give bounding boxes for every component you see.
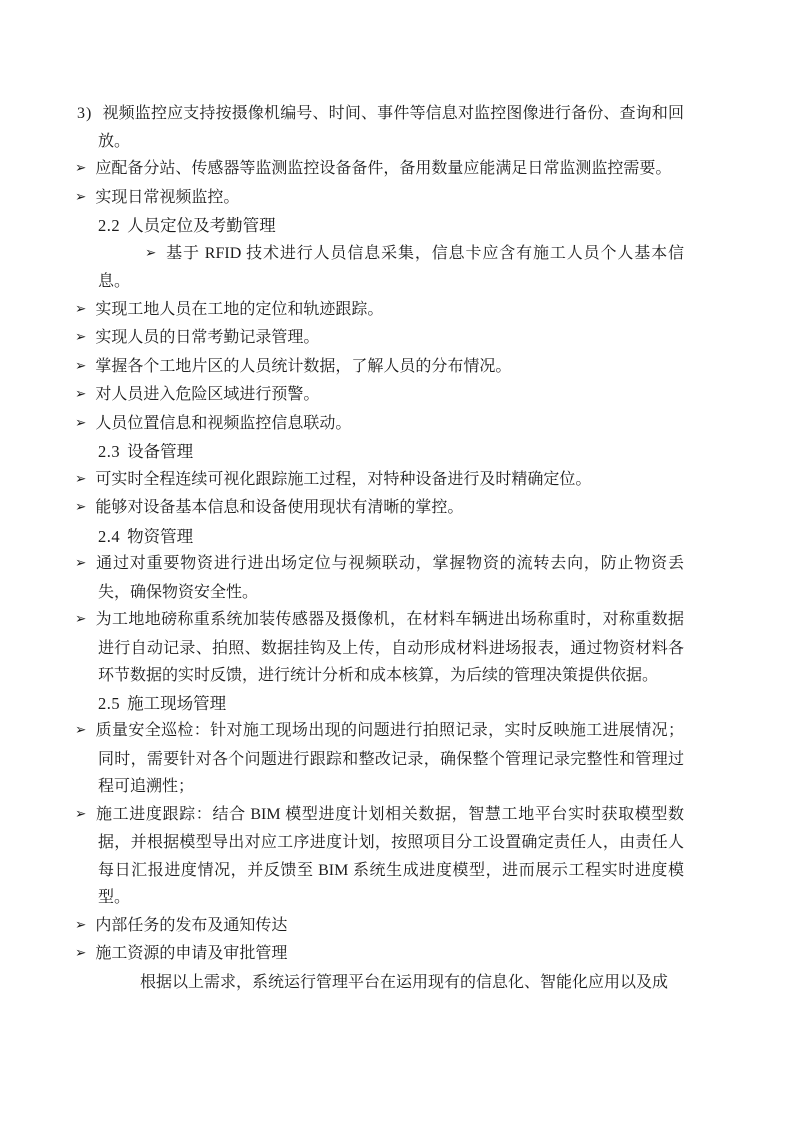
section-title: 人员定位及考勤管理	[127, 216, 276, 235]
bullet-item: ➢质量安全巡检：针对施工现场出现的问题进行拍照记录，实时反映施工进展情况；同时，…	[98, 717, 684, 801]
section-heading-2-4: 2.4物资管理	[98, 523, 684, 551]
arrow-bullet-icon: ➢	[75, 917, 86, 933]
arrow-bullet-icon: ➢	[75, 160, 86, 176]
arrow-bullet-icon: ➢	[75, 415, 86, 431]
item-text: 应配备分站、传感器等监测监控设备备件，备用数量应能满足日常监测监控需要。	[95, 160, 671, 177]
paragraph-text: 根据以上需求，系统运行管理平台在运用现有的信息化、智能化应用以及成	[140, 974, 668, 991]
item-text: 内部任务的发布及通知传达	[95, 917, 287, 934]
bullet-item: ➢为工地地磅称重系统加装传感器及摄像机，在材料车辆进出场称重时，对称重数据进行自…	[98, 606, 684, 690]
bullet-item: ➢施工资源的申请及审批管理	[98, 940, 684, 969]
arrow-bullet-icon: ➢	[75, 555, 86, 571]
section-title: 物资管理	[127, 527, 193, 546]
arrow-bullet-icon: ➢	[75, 471, 86, 487]
item-text: 视频监控应支持按摄像机编号、时间、事件等信息对监控图像进行备份、查询和回放。	[98, 105, 684, 150]
bullet-item: ➢实现工地人员在工地的定位和轨迹跟踪。	[98, 296, 684, 325]
arrow-bullet-icon: ➢	[75, 358, 86, 374]
item-text: 人员位置信息和视频监控信息联动。	[95, 415, 351, 432]
item-text: 掌握各个工地片区的人员统计数据，了解人员的分布情况。	[95, 358, 511, 375]
section-heading-2-5: 2.5施工现场管理	[98, 690, 684, 718]
arrow-bullet-icon: ➢	[75, 386, 86, 402]
bullet-item: ➢通过对重要物资进行进出场定位与视频联动，掌握物资的流转去向，防止物资丢失，确保…	[98, 550, 684, 606]
arrow-bullet-icon: ➢	[75, 945, 86, 961]
numbered-marker: 3)	[77, 105, 92, 122]
document-content: 3)视频监控应支持按摄像机编号、时间、事件等信息对监控图像进行备份、查询和回放。…	[0, 0, 793, 996]
arrow-bullet-icon: ➢	[75, 611, 86, 627]
bullet-item: ➢能够对设备基本信息和设备使用现状有清晰的掌控。	[98, 494, 684, 523]
item-text: 为工地地磅称重系统加装传感器及摄像机，在材料车辆进出场称重时，对称重数据进行自动…	[95, 611, 684, 684]
arrow-bullet-icon: ➢	[75, 329, 86, 345]
arrow-bullet-icon: ➢	[75, 189, 86, 205]
bullet-item: ➢内部任务的发布及通知传达	[98, 912, 684, 941]
numbered-item: 3)视频监控应支持按摄像机编号、时间、事件等信息对监控图像进行备份、查询和回放。	[98, 100, 684, 155]
item-text: 施工资源的申请及审批管理	[95, 945, 287, 962]
bullet-item: ➢掌握各个工地片区的人员统计数据，了解人员的分布情况。	[98, 353, 684, 382]
item-text: 实现日常视频监控。	[95, 189, 239, 206]
item-text: 施工进度跟踪：结合 BIM 模型进度计划相关数据，智慧工地平台实时获取模型数据，…	[95, 806, 684, 907]
bullet-item: ➢基于 RFID 技术进行人员信息采集，信息卡应含有施工人员个人基本信息。	[98, 240, 684, 296]
section-heading-2-3: 2.3设备管理	[98, 438, 684, 466]
arrow-bullet-icon: ➢	[75, 722, 86, 738]
section-heading-2-2: 2.2人员定位及考勤管理	[98, 212, 684, 240]
bullet-item: ➢可实时全程连续可视化跟踪施工过程，对特种设备进行及时精确定位。	[98, 466, 684, 495]
document-page: 3)视频监控应支持按摄像机编号、时间、事件等信息对监控图像进行备份、查询和回放。…	[0, 0, 793, 1122]
arrow-bullet-icon: ➢	[75, 806, 86, 822]
item-text: 基于 RFID 技术进行人员信息采集，信息卡应含有施工人员个人基本信息。	[98, 245, 684, 291]
item-text: 通过对重要物资进行进出场定位与视频联动，掌握物资的流转去向，防止物资丢失，确保物…	[95, 555, 684, 601]
bullet-item: ➢实现日常视频监控。	[98, 184, 684, 213]
section-title: 设备管理	[127, 442, 193, 461]
bullet-item: ➢对人员进入危险区域进行预警。	[98, 381, 684, 410]
item-text: 质量安全巡检：针对施工现场出现的问题进行拍照记录，实时反映施工进展情况；同时，需…	[95, 722, 684, 795]
item-text: 能够对设备基本信息和设备使用现状有清晰的掌控。	[95, 499, 463, 516]
arrow-bullet-icon: ➢	[145, 245, 156, 261]
arrow-bullet-icon: ➢	[75, 301, 86, 317]
section-number: 2.2	[98, 216, 120, 235]
arrow-bullet-icon: ➢	[75, 499, 86, 515]
section-number: 2.5	[98, 694, 120, 713]
closing-paragraph: 根据以上需求，系统运行管理平台在运用现有的信息化、智能化应用以及成	[98, 969, 684, 997]
bullet-item: ➢实现人员的日常考勤记录管理。	[98, 324, 684, 353]
section-number: 2.4	[98, 527, 120, 546]
item-text: 可实时全程连续可视化跟踪施工过程，对特种设备进行及时精确定位。	[95, 471, 591, 488]
bullet-item: ➢人员位置信息和视频监控信息联动。	[98, 410, 684, 439]
section-title: 施工现场管理	[127, 694, 226, 713]
bullet-item: ➢施工进度跟踪：结合 BIM 模型进度计划相关数据，智慧工地平台实时获取模型数据…	[98, 801, 684, 912]
bullet-item: ➢应配备分站、传感器等监测监控设备备件，备用数量应能满足日常监测监控需要。	[98, 155, 684, 184]
section-number: 2.3	[98, 442, 120, 461]
item-text: 对人员进入危险区域进行预警。	[95, 386, 319, 403]
item-text: 实现工地人员在工地的定位和轨迹跟踪。	[95, 301, 383, 318]
item-text: 实现人员的日常考勤记录管理。	[95, 329, 319, 346]
